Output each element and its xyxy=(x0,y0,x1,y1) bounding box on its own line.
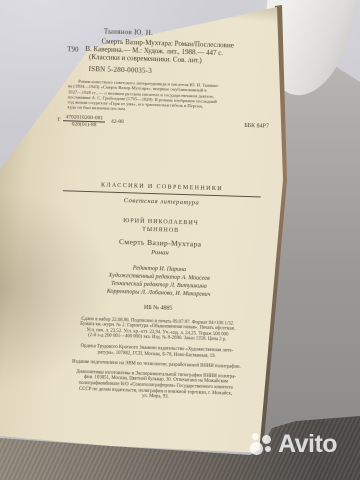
ib-number: ИБ № 4885 xyxy=(49,301,267,314)
catalog-fraction: 4702010200-081 028(01)-88 xyxy=(63,114,105,128)
watermark-brand-text: Avito xyxy=(278,432,337,456)
editorial-staff-block: Редактор И. Парина Художественный редакт… xyxy=(50,262,269,302)
print-info-block: Сдано в набор 22.08.86. Подписано в печа… xyxy=(48,315,267,344)
catalog-suffix: 42-88 xyxy=(111,119,124,125)
spacer xyxy=(53,127,273,188)
annotation-paragraph: Роман известного советского литературове… xyxy=(55,78,274,117)
catalog-code: Т90 xyxy=(67,45,79,53)
catalog-bibliographic-entry: Т90 Смерть Вазир-Мухтара: Роман/Послесло… xyxy=(57,36,276,67)
isbn-line: ISBN 5-280-00035-3 xyxy=(57,64,275,79)
avito-logo-icon xyxy=(250,432,273,456)
book-photo-scene: Тынянов Ю. Н. Т90 Смерть Вазир-Мухтара: … xyxy=(0,0,360,480)
catalog-denominator: 028(01)-88 xyxy=(72,121,97,128)
bbk-code: ББК 84Р7 xyxy=(244,123,269,130)
catalog-prefix: Т xyxy=(57,117,61,123)
publisher-block: Ордена Трудового Красного Знамени издате… xyxy=(48,343,266,361)
avito-watermark: Avito xyxy=(250,432,337,456)
colophon-text-block: Тынянов Ю. Н. Т90 Смерть Вазир-Мухтара: … xyxy=(46,26,276,403)
